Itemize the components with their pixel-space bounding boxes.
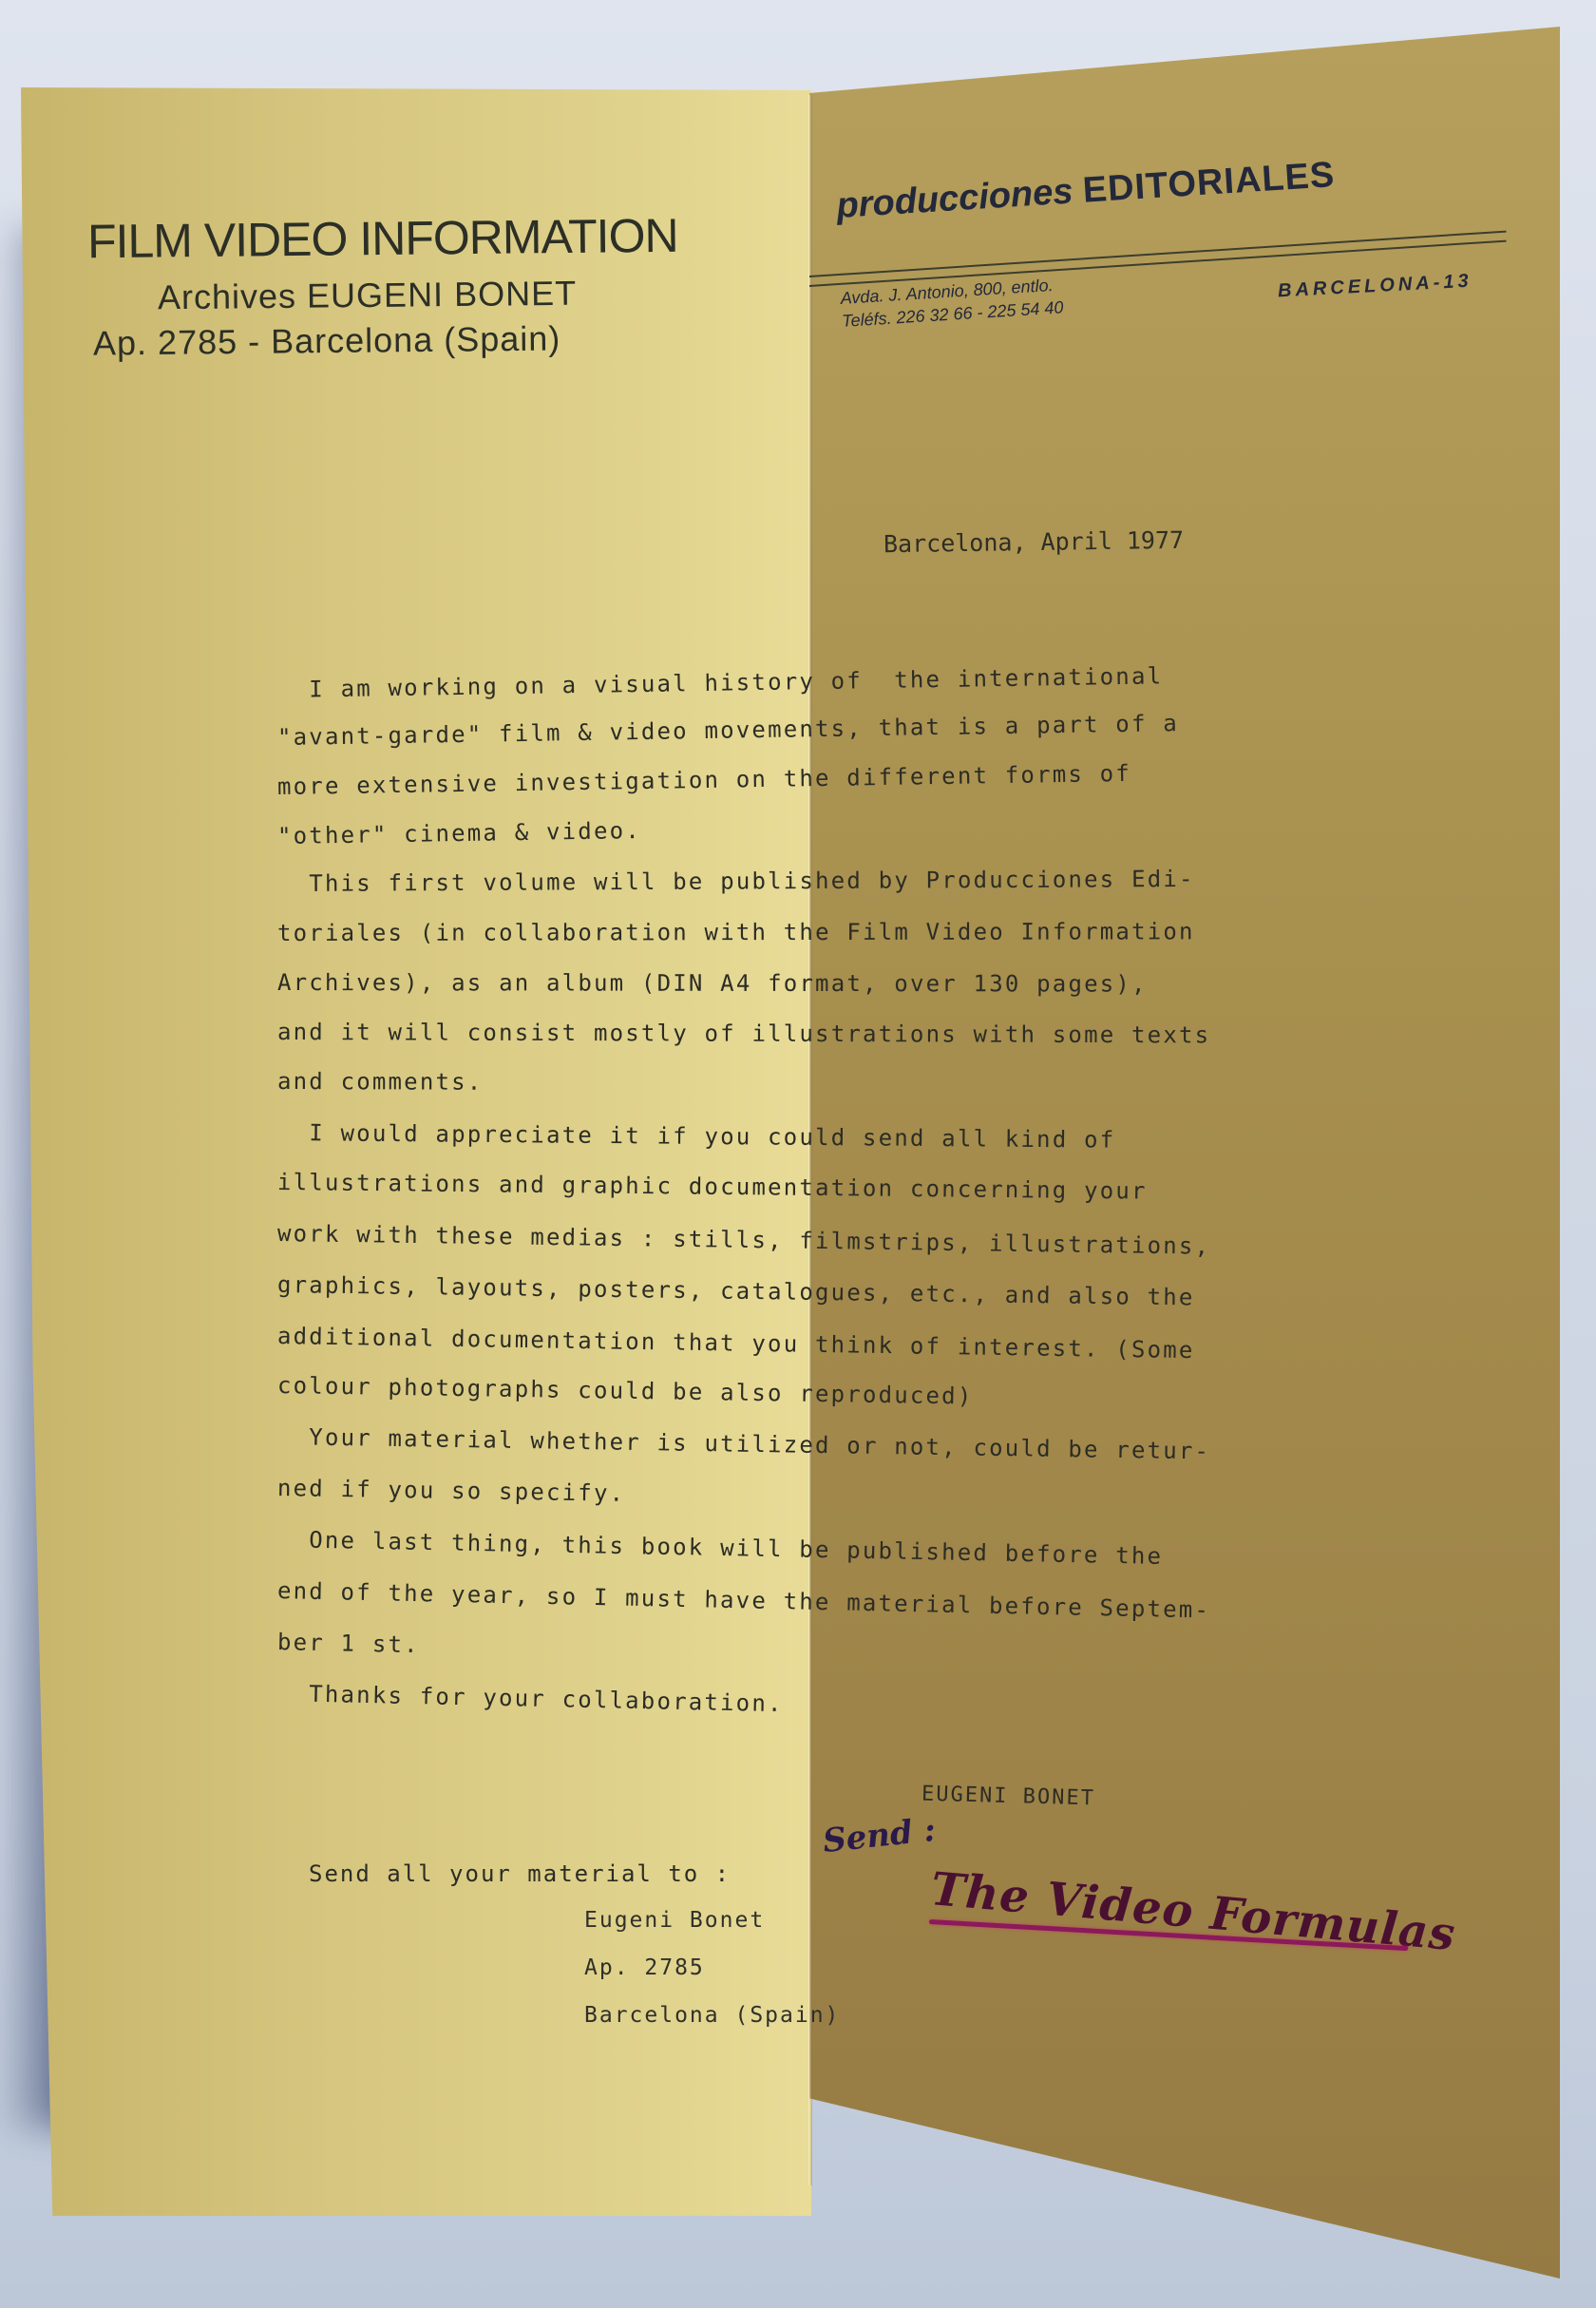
body-line: ber 1 st. [277,1629,420,1658]
body-line: Archives), as an album (DIN A4 format, o… [277,969,1148,998]
send-to-city: Barcelona (Spain) [584,2003,840,2028]
body-line: and comments. [277,1068,484,1096]
send-to-name: Eugeni Bonet [584,1908,765,1933]
letter-date: Barcelona, April 1977 [883,526,1184,558]
body-line: This first volume will be published by P… [277,866,1195,897]
send-to-box: Ap. 2785 [584,1955,705,1980]
signature-name: EUGENI BONET [921,1783,1096,1811]
body-line: and it will consist mostly of illustrati… [277,1019,1210,1048]
letterhead-title: FILM VIDEO INFORMATION [87,208,678,270]
body-line: ned if you so specify. [277,1475,626,1507]
letterhead-subtitle: Archives EUGENI BONET [158,274,578,318]
send-to-label: Send all your material to : [309,1860,731,1887]
letter-left-panel [21,87,811,2216]
letterhead-address: Ap. 2785 - Barcelona (Spain) [93,318,561,363]
body-line: toriales (in collaboration with the Film… [277,918,1195,946]
